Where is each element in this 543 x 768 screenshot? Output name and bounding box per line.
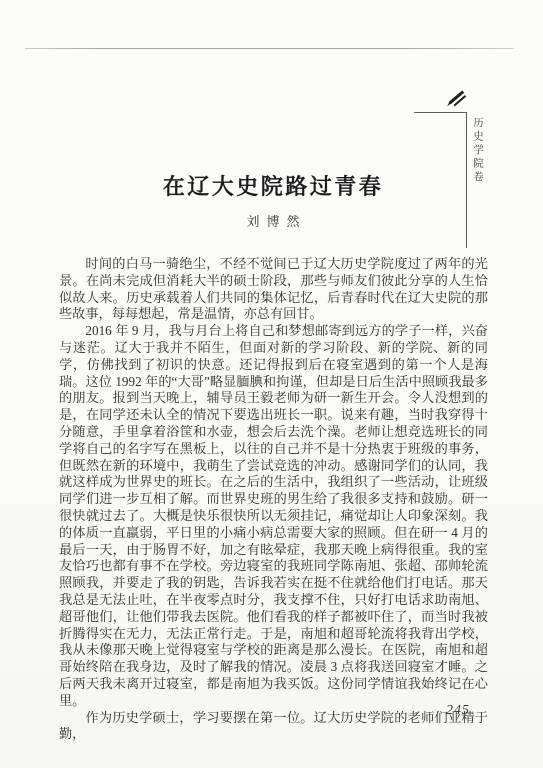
article-paragraph-2: 2016 年 9 月，我与月台上将自己和梦想邮寄到远方的学子一样，兴奋与迷茫。辽… — [59, 323, 488, 709]
article-body: 时间的白马一骑绝尘，不经不觉间已于辽大历史学院度过了两年的光景。在尚未完成但消耗… — [59, 256, 488, 743]
article-author: 刘博然 — [57, 211, 489, 230]
marker-corner-line-horizontal — [414, 112, 466, 113]
article-paragraph-1: 时间的白马一骑绝尘，不经不觉间已于辽大历史学院度过了两年的光景。在尚未完成但消耗… — [59, 256, 488, 323]
book-page: { "page": { "number": "245", "marker": {… — [0, 0, 543, 768]
article-paragraph-3: 作为历史学硕士，学习要摆在第一位。辽大历史学院的老师们业精于勤， — [59, 710, 488, 744]
page-number: 245 — [446, 703, 470, 719]
article-title: 在辽大史院路过青春 — [57, 170, 489, 201]
page-top-rule — [25, 48, 514, 49]
pencil-icon — [445, 87, 469, 111]
